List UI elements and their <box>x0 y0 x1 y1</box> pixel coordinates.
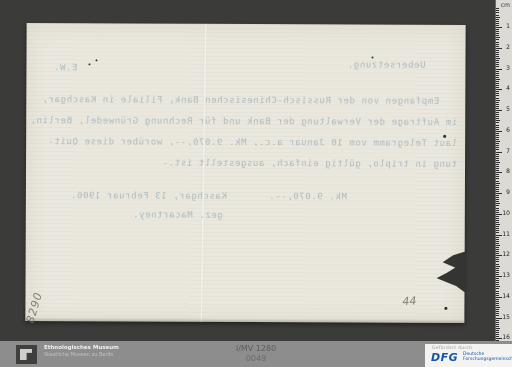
ruler-mm-tick <box>496 85 499 86</box>
footer-bar: Ethnologisches Museum Staatliche Museen … <box>0 341 512 367</box>
ruler-cm-label: 3 <box>506 66 510 72</box>
ruler-mm-tick <box>496 19 499 20</box>
ruler-mm-tick <box>496 66 499 67</box>
ruler-mm-tick <box>496 330 499 331</box>
ruler-cm-tick <box>496 255 502 256</box>
ruler-mm-tick <box>496 116 499 117</box>
ruler-cm-tick <box>496 89 502 90</box>
ruler-cm-tick <box>496 131 502 132</box>
ruler-mm-tick <box>496 33 499 34</box>
ruler-mm-tick <box>496 114 499 115</box>
ruler-mm-tick <box>496 77 499 78</box>
doc-body-line: laut Telegramm vom 10 Januar a.c., Mk. 9… <box>31 132 457 155</box>
dfg-name-line2: Forschungsgemeinschaft <box>463 357 512 362</box>
ruler-mm-tick <box>496 147 499 148</box>
ruler-unit-label: cm <box>501 2 510 9</box>
ruler-mm-tick <box>496 143 499 144</box>
ruler-cm-tick <box>496 235 502 236</box>
doc-signature: gez. Macartney. <box>133 211 223 221</box>
ruler-mm-tick <box>496 257 499 258</box>
paper-speck <box>443 135 446 138</box>
ruler-cm-tick <box>496 318 502 319</box>
ruler-mm-tick <box>496 10 499 11</box>
scan-viewer: Uebersetzung. E.W. Empfangen von der Rus… <box>0 0 512 367</box>
paper-speck <box>88 63 90 65</box>
ruler-mm-tick <box>496 334 499 335</box>
ruler-mm-tick <box>496 237 499 238</box>
ruler-mm-tick <box>496 133 499 134</box>
ruler-mm-tick <box>496 156 499 157</box>
ruler-mm-tick <box>496 178 499 179</box>
ruler-mm-tick <box>496 266 500 267</box>
ruler-cm-tick <box>496 276 502 277</box>
ruler-mm-tick <box>496 293 499 294</box>
scanned-document-page: Uebersetzung. E.W. Empfangen von der Rus… <box>25 23 465 323</box>
ruler-mm-tick <box>496 191 499 192</box>
ruler-mm-tick <box>496 197 499 198</box>
ruler-mm-tick <box>496 305 499 306</box>
ruler-mm-tick <box>496 39 499 40</box>
ruler-mm-tick <box>496 249 499 250</box>
dfg-logo-box: Gefördert durch DFG Deutsche Forschungsg… <box>425 344 512 367</box>
ruler-mm-tick <box>496 75 499 76</box>
ruler-cm-label: 2 <box>506 45 510 51</box>
ruler-cm-label: 9 <box>506 190 510 196</box>
ruler-mm-tick <box>496 226 499 227</box>
ruler-mm-tick <box>496 54 499 55</box>
ruler-mm-tick <box>496 299 499 300</box>
ruler-mm-tick <box>496 326 499 327</box>
ruler-mm-tick <box>496 218 499 219</box>
ruler-mm-tick <box>496 195 499 196</box>
ruler-mm-tick <box>496 23 499 24</box>
dfg-full-name: Deutsche Forschungsgemeinschaft <box>463 352 512 362</box>
ruler-mm-tick <box>496 268 499 269</box>
ruler-mm-tick <box>496 309 499 310</box>
ruler-mm-tick <box>496 222 499 223</box>
doc-amount: Mk. 9.070,--. <box>269 192 347 202</box>
doc-heading: Uebersetzung. <box>347 60 425 70</box>
ruler-mm-tick <box>496 166 499 167</box>
ruler-mm-tick <box>496 98 499 99</box>
ruler-mm-tick <box>496 181 499 182</box>
ruler-cm-tick <box>496 297 502 298</box>
ruler-mm-tick <box>496 239 499 240</box>
doc-dateline: Kaschgar, 13 Februar 1906. <box>70 191 227 202</box>
ruler-mm-tick <box>496 145 499 146</box>
ruler-mm-tick <box>496 91 499 92</box>
paper-speck <box>444 307 447 310</box>
ruler-cm-tick <box>496 27 502 28</box>
ruler-mm-tick <box>496 120 500 121</box>
ruler-mm-tick <box>496 187 499 188</box>
ruler-mm-tick <box>496 307 500 308</box>
pencil-page-number: 44 <box>402 294 417 308</box>
ruler-mm-tick <box>496 210 499 211</box>
ruler-mm-tick <box>496 270 499 271</box>
ruler-mm-tick <box>496 288 499 289</box>
ruler-mm-tick <box>496 29 499 30</box>
ruler-mm-tick <box>496 149 499 150</box>
ruler-mm-tick <box>496 50 499 51</box>
ruler-cm-tick <box>496 69 502 70</box>
ruler-mm-tick <box>496 170 499 171</box>
ruler-mm-tick <box>496 15 499 16</box>
ruler-mm-tick <box>496 71 499 72</box>
ruler-mm-tick <box>496 230 499 231</box>
ruler-mm-tick <box>496 42 499 43</box>
ruler-mm-tick <box>496 104 499 105</box>
ruler-mm-tick <box>496 154 499 155</box>
ruler-mm-tick <box>496 60 499 61</box>
ruler-mm-tick <box>496 100 500 101</box>
ruler-mm-tick <box>496 291 499 292</box>
paper-speck <box>372 57 374 59</box>
ruler-mm-tick <box>496 64 499 65</box>
doc-body: Empfangen von der Russisch-Chinesischen … <box>31 90 457 176</box>
doc-initials: E.W. <box>53 63 77 73</box>
ruler-mm-tick <box>496 8 499 9</box>
ruler-mm-tick <box>496 139 499 140</box>
ruler-mm-tick <box>496 83 499 84</box>
ruler-mm-tick <box>496 272 499 273</box>
ruler-mm-tick <box>496 243 499 244</box>
ruler-mm-tick <box>496 328 500 329</box>
ruler-cm-tick <box>496 338 502 339</box>
ruler-mm-tick <box>496 12 499 13</box>
ruler-mm-tick <box>496 264 499 265</box>
ruler-mm-tick <box>496 303 499 304</box>
dfg-acronym: DFG <box>431 351 458 364</box>
ruler-mm-tick <box>496 46 499 47</box>
ruler-mm-tick <box>496 332 499 333</box>
ruler-mm-tick <box>496 35 499 36</box>
ruler-mm-tick <box>496 189 499 190</box>
ruler-mm-tick <box>496 122 499 123</box>
ruler-mm-tick <box>496 112 499 113</box>
ruler-mm-tick <box>496 253 499 254</box>
ruler-mm-tick <box>496 261 499 262</box>
ruler-mm-tick <box>496 160 499 161</box>
doc-body-line: Empfangen von der Russisch-Chinesischen … <box>31 90 457 113</box>
ruler-mm-tick <box>496 199 499 200</box>
ruler-mm-tick <box>496 203 500 204</box>
ruler-mm-tick <box>496 232 499 233</box>
ruler-mm-tick <box>496 17 500 18</box>
ruler-mm-tick <box>496 62 499 63</box>
ruler-mm-tick <box>496 228 499 229</box>
ruler-mm-tick <box>496 58 500 59</box>
ruler-mm-tick <box>496 201 499 202</box>
ruler-cm-label: 4 <box>506 86 510 92</box>
ruler-mm-tick <box>496 183 500 184</box>
ruler-mm-tick <box>496 320 499 321</box>
ruler-cm-label: 6 <box>506 128 510 134</box>
ruler-cm-tick <box>496 152 502 153</box>
ruler-mm-tick <box>496 79 500 80</box>
ruler-mm-tick <box>496 141 500 142</box>
ruler-mm-tick <box>496 286 500 287</box>
ruler-cm-label: 1 <box>506 24 510 30</box>
ruler-mm-tick <box>496 125 499 126</box>
ruler-cm-label: 12 <box>502 252 510 258</box>
ruler-mm-tick <box>496 259 499 260</box>
ruler-mm-tick <box>496 129 499 130</box>
ruler-mm-tick <box>496 106 499 107</box>
ruler-mm-tick <box>496 162 500 163</box>
ruler-cm-label: 8 <box>506 169 510 175</box>
ruler-cm-tick <box>496 172 502 173</box>
ruler-mm-tick <box>496 241 499 242</box>
ruler-mm-tick <box>496 87 499 88</box>
ruler-cm-label: 5 <box>506 107 510 113</box>
ruler-mm-tick <box>496 158 499 159</box>
ruler-mm-tick <box>496 251 499 252</box>
ruler-cm-label: 11 <box>502 232 510 238</box>
cm-ruler: cm 12345678910111213141516 <box>495 0 512 345</box>
ruler-mm-tick <box>496 301 499 302</box>
ruler-mm-tick <box>496 73 499 74</box>
ruler-mm-tick <box>496 274 499 275</box>
ruler-cm-tick <box>496 193 502 194</box>
ruler-cm-label: 13 <box>502 273 510 279</box>
ruler-mm-tick <box>496 31 499 32</box>
ruler-mm-tick <box>496 37 500 38</box>
ruler-mm-tick <box>496 278 499 279</box>
ruler-mm-tick <box>496 212 499 213</box>
ruler-mm-tick <box>496 284 499 285</box>
ruler-mm-tick <box>496 311 499 312</box>
ruler-mm-tick <box>496 168 499 169</box>
ruler-cm-tick <box>496 48 502 49</box>
ruler-mm-tick <box>496 52 499 53</box>
ruler-mm-tick <box>496 127 499 128</box>
ruler-mm-tick <box>496 280 499 281</box>
ruler-mm-tick <box>496 185 499 186</box>
ruler-mm-tick <box>496 315 499 316</box>
ruler-mm-tick <box>496 21 499 22</box>
ruler-mm-tick <box>496 247 499 248</box>
ruler-mm-tick <box>496 224 500 225</box>
ruler-mm-tick <box>496 216 499 217</box>
ruler-mm-tick <box>496 164 499 165</box>
ruler-mm-tick <box>496 102 499 103</box>
ruler-mm-tick <box>496 208 499 209</box>
ruler-mm-tick <box>496 81 499 82</box>
mirrored-text-layer: Uebersetzung. E.W. Empfangen von der Rus… <box>25 23 465 323</box>
ruler-mm-tick <box>496 44 499 45</box>
ruler-cm-label: 10 <box>502 211 510 217</box>
ruler-mm-tick <box>496 205 499 206</box>
paper-speck <box>95 59 97 61</box>
ruler-mm-tick <box>496 135 499 136</box>
ruler-mm-tick <box>496 313 499 314</box>
ruler-cm-tick <box>496 110 502 111</box>
ruler-mm-tick <box>496 295 499 296</box>
ruler-mm-tick <box>496 282 499 283</box>
ruler-mm-tick <box>496 93 499 94</box>
ruler-mm-tick <box>496 137 499 138</box>
ruler-mm-tick <box>496 220 499 221</box>
ruler-mm-tick <box>496 56 499 57</box>
ruler-mm-tick <box>496 108 499 109</box>
ruler-mm-tick <box>496 336 499 337</box>
doc-body-line: im Auftrage der Verwaltung der Bank und … <box>31 111 457 134</box>
doc-body-line: tung in triplo, gültig einfach, ausgeste… <box>31 153 457 176</box>
ruler-cm-label: 15 <box>502 315 510 321</box>
ruler-mm-tick <box>496 322 499 323</box>
ruler-mm-tick <box>496 176 499 177</box>
ruler-mm-tick <box>496 118 499 119</box>
ruler-cm-label: 7 <box>506 149 510 155</box>
ruler-mm-tick <box>496 245 500 246</box>
ruler-mm-tick <box>496 324 499 325</box>
ruler-mm-tick <box>496 95 499 96</box>
ruler-cm-tick <box>496 214 502 215</box>
ruler-cm-label: 14 <box>502 294 510 300</box>
ruler-mm-tick <box>496 25 499 26</box>
ruler-mm-tick <box>496 174 499 175</box>
